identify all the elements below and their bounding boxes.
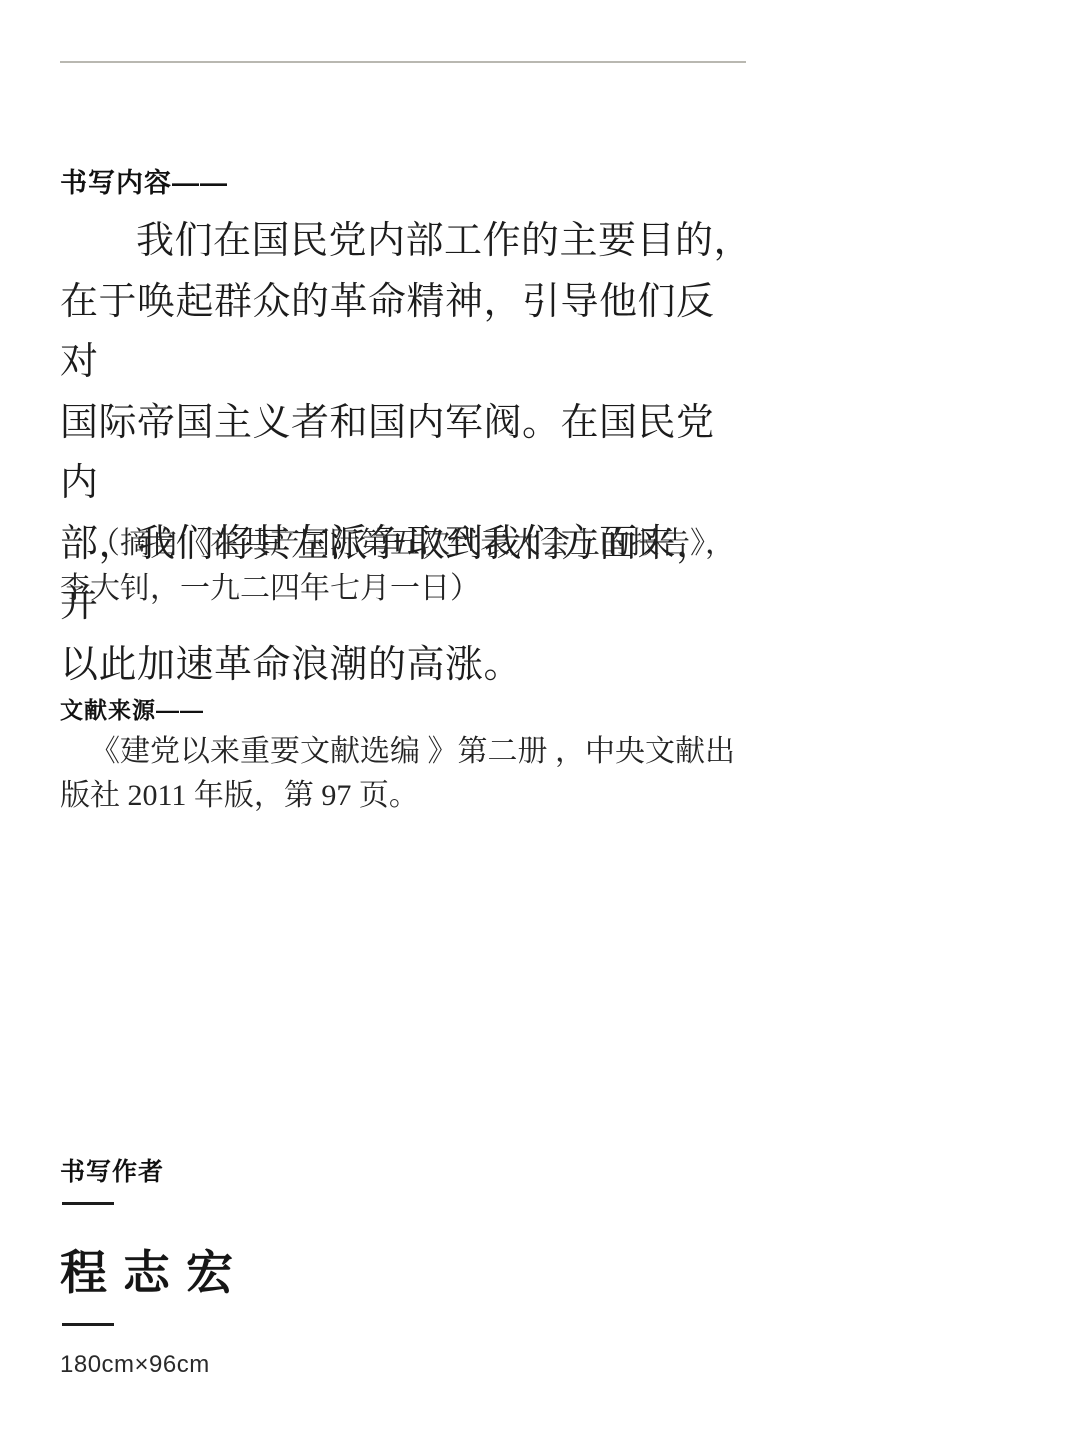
quote-citation: （摘自《在共产国际第五次代表大会上的报告》， 李大钊，一九二四年七月一日） — [60, 521, 760, 611]
source-section-heading: 文献来源—— — [60, 692, 204, 725]
author-name: 程志宏 — [60, 1236, 249, 1303]
dimensions-separator-rule — [62, 1323, 114, 1326]
quote-paragraph: 我们在国民党内部工作的主要目的， 在于唤起群众的革命精神，引导他们反对 国际帝国… — [60, 211, 752, 695]
author-separator-rule — [62, 1202, 114, 1205]
artwork-dimensions: 180cm×96cm — [60, 1351, 210, 1379]
author-section-heading: 书写作者 — [60, 1152, 164, 1188]
document-page: 书写内容—— 我们在国民党内部工作的主要目的， 在于唤起群众的革命精神，引导他们… — [0, 0, 1080, 1439]
source-reference: 《建党以来重要文献选编 》第二册 ，中央文献出 版社 2011 年版，第 97 … — [60, 730, 760, 818]
content-section-heading: 书写内容—— — [60, 161, 228, 200]
top-separator-rule — [60, 61, 746, 63]
